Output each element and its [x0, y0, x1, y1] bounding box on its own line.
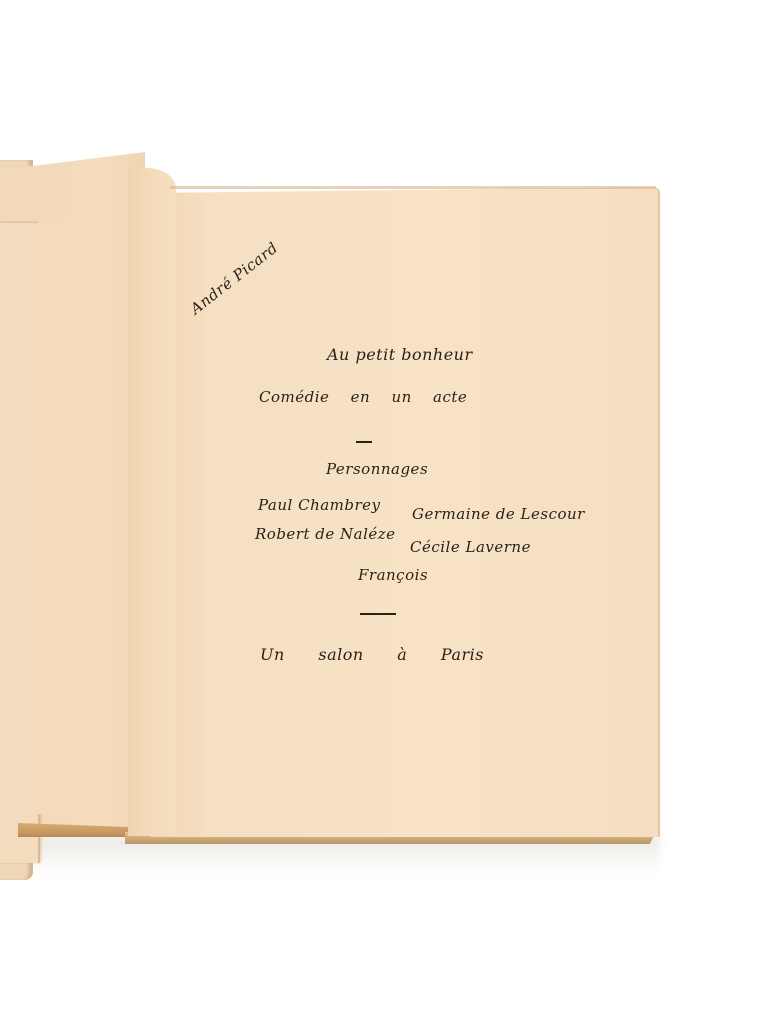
- left-page-edge: [0, 222, 40, 863]
- left-inner-panel: [38, 222, 100, 814]
- play-title: Au petit bonheur: [327, 345, 473, 364]
- separator-dash: [360, 613, 396, 615]
- play-setting: Un salon à Paris: [260, 645, 484, 664]
- page-gutter-fold: [128, 168, 176, 836]
- separator-dash: [356, 441, 372, 443]
- character-name: Cécile Laverne: [410, 538, 531, 556]
- character-name: Germaine de Lescour: [412, 505, 585, 523]
- character-name: Robert de Naléze: [255, 525, 396, 543]
- play-subtitle: Comédie en un acte: [259, 388, 467, 406]
- book-photo: André Picard Au petit bonheur Comédie en…: [0, 0, 768, 1024]
- character-name: Paul Chambrey: [258, 496, 381, 514]
- characters-heading: Personnages: [326, 460, 428, 478]
- character-name: François: [358, 566, 428, 584]
- page-top-edge: [170, 186, 656, 189]
